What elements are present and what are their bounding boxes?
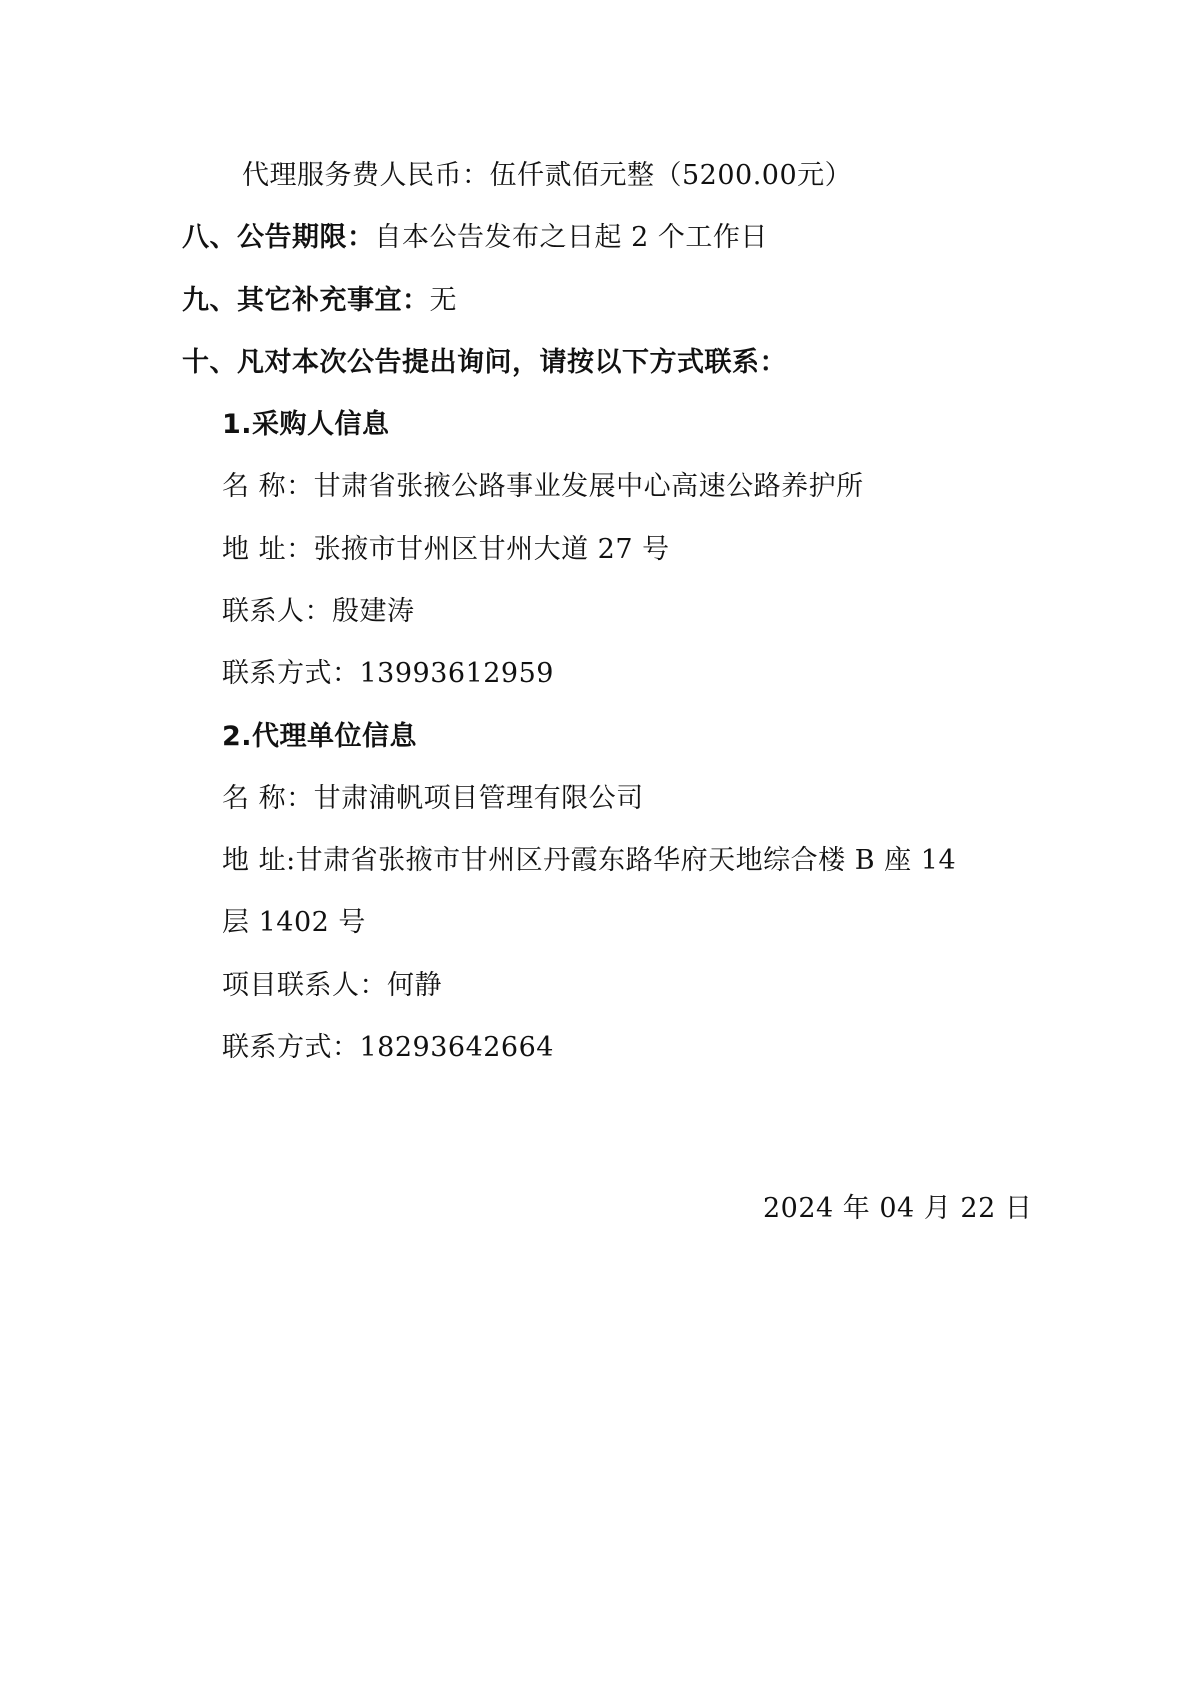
- section-8-label: 八、公告期限：: [182, 222, 375, 253]
- purchaser-contact-person: 联系人：殷建涛: [222, 595, 415, 629]
- purchaser-info-heading: 1.采购人信息: [222, 408, 390, 442]
- announcement-date: 2024 年 04 月 22 日: [763, 1192, 1032, 1226]
- agency-contact-phone: 联系方式：18293642664: [222, 1031, 554, 1065]
- purchaser-name: 名 称：甘肃省张掖公路事业发展中心高速公路养护所: [222, 470, 864, 504]
- section-10-contact-heading: 十、凡对本次公告提出询问，请按以下方式联系：: [182, 346, 787, 380]
- section-8-value: 自本公告发布之日起 2 个工作日: [375, 222, 768, 253]
- agency-name: 名 称：甘肃浦帆项目管理有限公司: [222, 782, 644, 816]
- section-8-announcement-period: 八、公告期限：自本公告发布之日起 2 个工作日: [182, 221, 768, 255]
- section-9-value: 无: [430, 285, 458, 316]
- purchaser-contact-phone: 联系方式：13993612959: [222, 657, 554, 691]
- agency-info-heading: 2.代理单位信息: [222, 720, 417, 754]
- section-9-label: 九、其它补充事宜：: [182, 285, 430, 316]
- agency-address-line-2: 层 1402 号: [222, 906, 366, 940]
- purchaser-address: 地 址：张掖市甘州区甘州大道 27 号: [222, 533, 670, 567]
- agency-address-line-1: 地 址:甘肃省张掖市甘州区丹霞东路华府天地综合楼 B 座 14: [222, 844, 956, 878]
- section-9-other-matters: 九、其它补充事宜：无: [182, 284, 457, 318]
- agency-contact-person: 项目联系人：何静: [222, 969, 442, 1003]
- agency-fee-line: 代理服务费人民币：伍仟贰佰元整（5200.00元）: [242, 159, 852, 193]
